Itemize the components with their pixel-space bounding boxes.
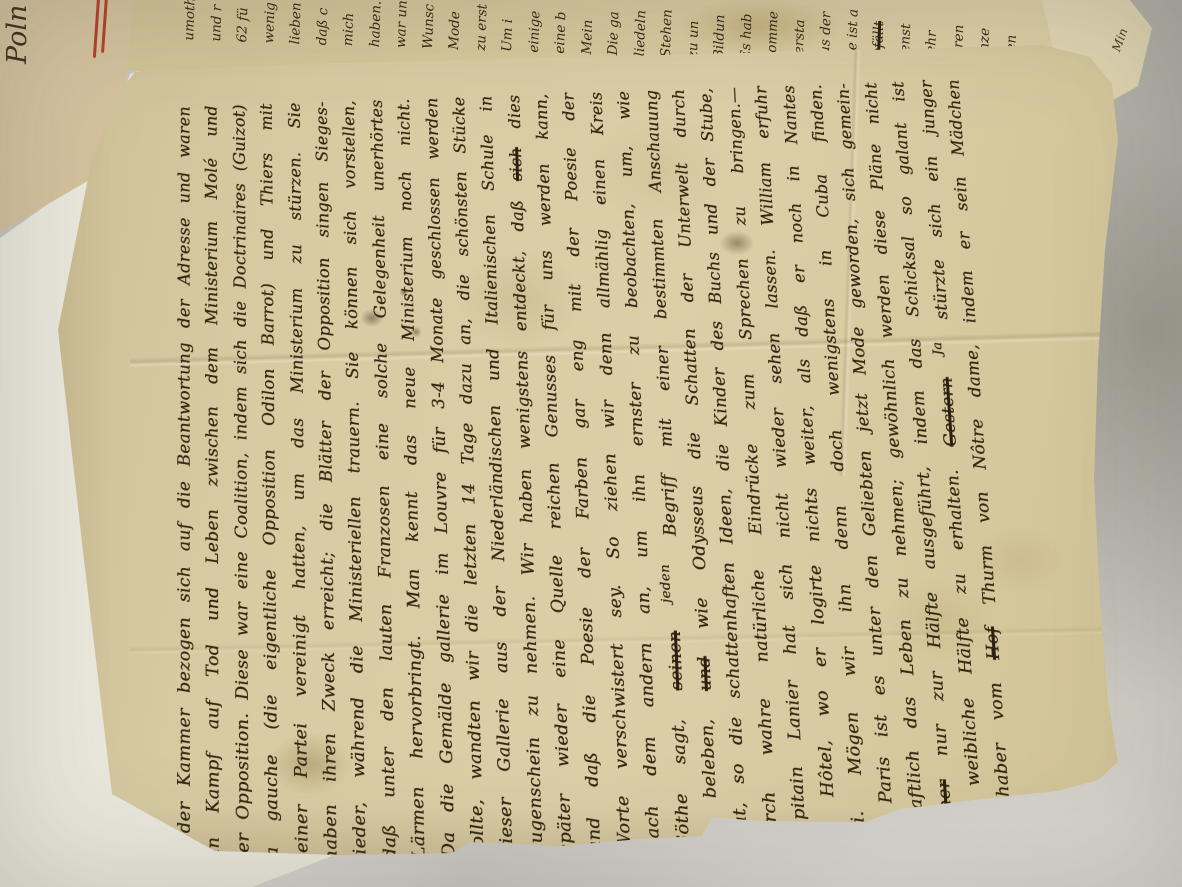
letter-lines: in der Kammer bezogen sich auf die Beant… <box>170 79 1022 867</box>
fold-line-fragment: liedeln <box>626 0 655 57</box>
fold-line-fragment: einige <box>520 0 549 53</box>
fold-line-fragment: wenig <box>256 0 285 44</box>
fold-line-fragment: Mein <box>573 0 602 55</box>
fold-line-fragment: Stehen <box>653 0 682 58</box>
red-ruled-line <box>93 0 100 58</box>
fold-line-fragment: 62 fü <box>229 0 258 43</box>
fold-line-fragment: Mode <box>441 0 470 50</box>
wrapper-label: Poln <box>2 2 64 64</box>
fold-line-fragment: und r <box>203 0 232 42</box>
fold-line-fragment: umoth <box>176 0 205 41</box>
fold-line-fragment: Die ga <box>600 0 629 56</box>
fold-line-fragment: Um i <box>494 0 523 52</box>
photograph-of-handwritten-letter: umothund r62 füwenigliebendaß cmichhaben… <box>0 0 1182 887</box>
fold-line-fragment: Es hab <box>732 0 761 60</box>
letter-page: in der Kammer bezogen sich auf die Beant… <box>0 0 1182 887</box>
fold-line-fragment: Bildun <box>706 0 735 60</box>
fold-line-fragment: zu un <box>679 0 708 59</box>
letter-line: in der Kammer bezogen sich auf die Beant… <box>170 106 199 868</box>
fold-line-fragment: zu erst <box>467 0 496 51</box>
red-ruled-line <box>101 0 108 53</box>
fold-line-fragment: daß c <box>309 0 338 46</box>
fold-line-fragment: Wunsc <box>414 0 443 49</box>
fold-line-fragment: mich <box>335 0 364 47</box>
fold-line-fragment: lieben <box>282 0 311 45</box>
fold-line-fragment: eine b <box>547 0 576 54</box>
fold-line-fragment: haben.. <box>362 0 391 48</box>
letter-line: ein Kampf auf Tod und Leben zwischen dem… <box>199 105 229 867</box>
fold-line-fragment: war und co <box>388 0 417 48</box>
